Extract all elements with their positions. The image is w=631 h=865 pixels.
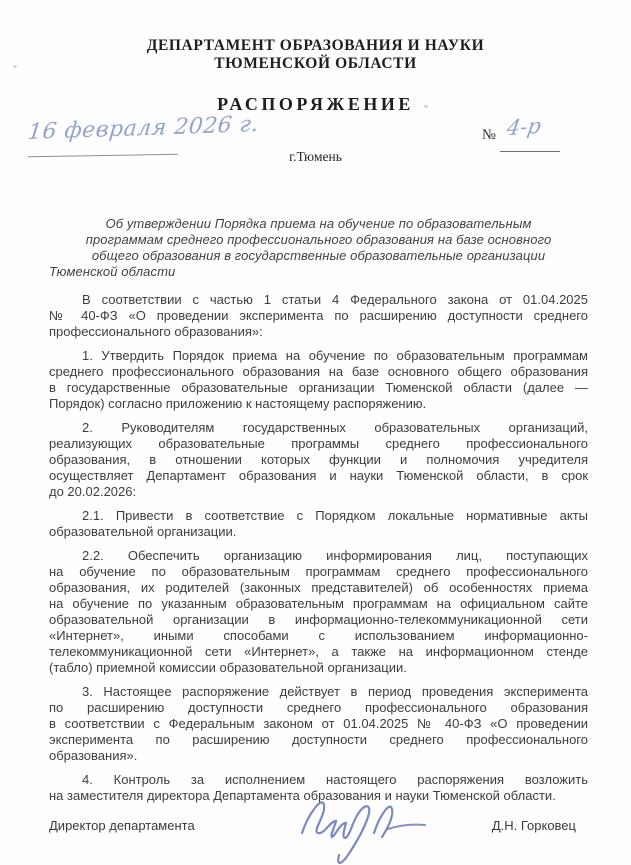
- signatory-name: Д.Н. Горковец: [492, 818, 576, 833]
- paragraph-1: 1. Утвердить Порядок приема на обучение …: [49, 348, 588, 412]
- text-line: 2. Руководителям государственных образов…: [49, 420, 588, 436]
- document-body: Об утверждении Порядка приема на обучени…: [49, 216, 588, 804]
- text-line: на обучение по образовательным программа…: [49, 564, 588, 580]
- letterhead: ДЕПАРТАМЕНТ ОБРАЗОВАНИЯ И НАУКИ ТЮМЕНСКО…: [0, 37, 631, 72]
- handwritten-number: 4-р: [505, 114, 543, 141]
- text-line: профессионального образования»:: [49, 324, 588, 340]
- text-line: Тюменской области: [49, 264, 588, 280]
- text-line: эксперимента по расширению доступности с…: [49, 732, 588, 748]
- text-line: «Интернет», иными способами с использова…: [49, 628, 588, 644]
- text-line: до 20.02.2026:: [49, 484, 588, 500]
- text-line: телекоммуникационной сети «Интернет», а …: [49, 644, 588, 660]
- text-line: 1. Утвердить Порядок приема на обучение …: [49, 348, 588, 364]
- text-line: Порядок) согласно приложению к настоящем…: [49, 396, 588, 412]
- text-line: на обучение по указанным образовательным…: [49, 596, 588, 612]
- number-label: №: [482, 127, 496, 144]
- text-line: 2.2. Обеспечить организацию информирован…: [49, 548, 588, 564]
- text-line: реализующих образовательные программы ср…: [49, 436, 588, 452]
- paragraph-3: 3. Настоящее распоряжение действует в пе…: [49, 684, 588, 764]
- text-line: в государственные образовательные органи…: [49, 380, 588, 396]
- scanned-document-page: ДЕПАРТАМЕНТ ОБРАЗОВАНИЯ И НАУКИ ТЮМЕНСКО…: [0, 0, 631, 865]
- text-line: в соответствии с Федеральным законом от …: [49, 716, 588, 732]
- paragraph-2-2: 2.2. Обеспечить организацию информирован…: [49, 548, 588, 676]
- text-line: общего образования в государственные обр…: [49, 248, 588, 264]
- text-line: 2.1. Привести в соответствие с Порядком …: [49, 508, 588, 524]
- document-type-heading: РАСПОРЯЖЕНИЕ: [0, 94, 631, 115]
- text-line: Об утверждении Порядка приема на обучени…: [49, 216, 588, 232]
- text-line: № 40-ФЗ «О проведении эксперимента по ра…: [49, 308, 588, 324]
- text-line: образования, в отношении которых функции…: [49, 452, 588, 468]
- paragraph-intro: В соответствии с частью 1 статьи 4 Федер…: [49, 292, 588, 340]
- text-line: по расширению доступности среднего профе…: [49, 700, 588, 716]
- text-line: образования, их родителей (законных пред…: [49, 580, 588, 596]
- text-line: программам среднего профессионального об…: [49, 232, 588, 248]
- text-line: образовательной организации в информацио…: [49, 612, 588, 628]
- document-title: Об утверждении Порядка приема на обучени…: [49, 216, 588, 280]
- text-line: (табло) приемной комиссии образовательно…: [49, 660, 588, 676]
- text-line: осуществляет Департамент образования и н…: [49, 468, 588, 484]
- signature-row: Директор департамента Д.Н. Горковец: [49, 818, 576, 833]
- signatory-position: Директор департамента: [49, 818, 195, 833]
- paragraph-2-1: 2.1. Привести в соответствие с Порядком …: [49, 508, 588, 540]
- text-line: среднего профессионального образования н…: [49, 364, 588, 380]
- scan-artifact: [13, 65, 17, 68]
- text-line: 3. Настоящее распоряжение действует в пе…: [49, 684, 588, 700]
- text-line: В соответствии с частью 1 статьи 4 Федер…: [49, 292, 588, 308]
- city-label: г.Тюмень: [0, 149, 631, 165]
- letterhead-line1: ДЕПАРТАМЕНТ ОБРАЗОВАНИЯ И НАУКИ: [0, 37, 631, 55]
- scan-artifact: [424, 105, 428, 108]
- handwritten-date: 16 февраля 2026 г.: [27, 112, 260, 145]
- text-line: образовательной организации.: [49, 524, 588, 540]
- text-line: образования».: [49, 748, 588, 764]
- paragraph-2: 2. Руководителям государственных образов…: [49, 420, 588, 500]
- letterhead-line2: ТЮМЕНСКОЙ ОБЛАСТИ: [0, 55, 631, 73]
